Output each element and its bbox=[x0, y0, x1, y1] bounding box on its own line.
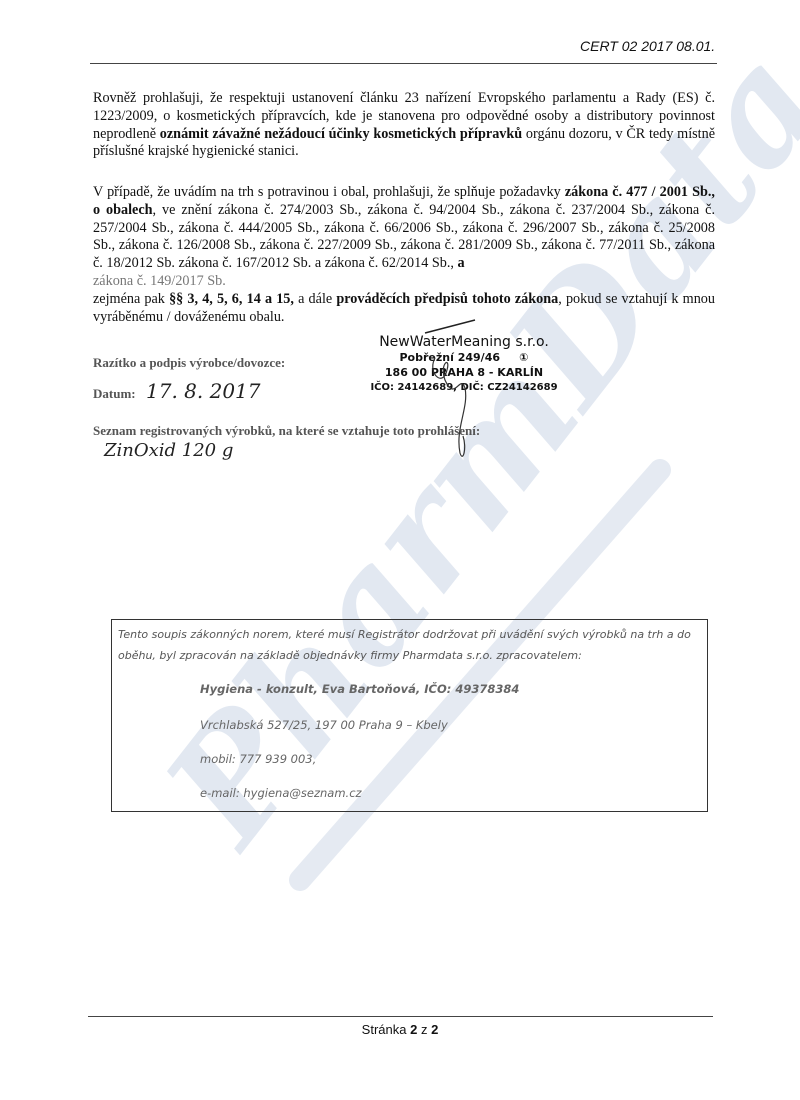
p2-and: a bbox=[454, 255, 465, 271]
stamp-label: Razítko a podpis výrobce/dovozce: bbox=[93, 355, 285, 371]
p2-intro: V případě, že uvádím na trh s potravinou… bbox=[93, 184, 565, 200]
p2-regulations-intro: a dále bbox=[294, 291, 336, 307]
note-address: Vrchlabská 527/25, 197 00 Praha 9 – Kbel… bbox=[200, 718, 448, 732]
p2-amendments: , ve znění zákona č. 274/2003 Sb., zákon… bbox=[93, 202, 715, 271]
page-number: Stránka 2 z 2 bbox=[0, 1022, 800, 1037]
date-value: 17. 8. 2017 bbox=[146, 379, 261, 403]
page-word: Stránka bbox=[362, 1022, 407, 1037]
signature-scribble bbox=[405, 318, 495, 468]
p2-regulations: prováděcích předpisů tohoto zákona bbox=[336, 291, 558, 307]
p2-sections: §§ 3, 4, 5, 6, 14 a 15, bbox=[169, 291, 294, 307]
document-code: CERT 02 2017 08.01. bbox=[580, 38, 715, 54]
note-processor: Hygiena - konzult, Eva Bartoňová, IČO: 4… bbox=[200, 682, 519, 696]
current-page: 2 bbox=[410, 1022, 417, 1037]
p2-sections-intro: zejména pak bbox=[93, 291, 169, 307]
p1-bold: oznámit závažné nežádoucí účinky kosmeti… bbox=[160, 126, 522, 142]
note-email: e-mail: hygiena@seznam.cz bbox=[200, 786, 362, 800]
of-word: z bbox=[421, 1022, 428, 1037]
products-label: Seznam registrovaných výrobků, na které … bbox=[93, 423, 480, 439]
p2-last-amendment: zákona č. 149/2017 Sb. bbox=[93, 273, 226, 289]
note-phone: mobil: 777 939 003, bbox=[200, 752, 316, 766]
processor-note-box: Tento soupis zákonných norem, které musí… bbox=[111, 619, 708, 812]
date-label: Datum: bbox=[93, 386, 136, 402]
note-intro: Tento soupis zákonných norem, které musí… bbox=[118, 624, 701, 666]
cosmetics-regulation-paragraph: Rovněž prohlašuji, že respektuji ustanov… bbox=[93, 90, 715, 161]
stamp-number: ① bbox=[519, 351, 528, 364]
products-value: ZinOxid 120 g bbox=[104, 440, 233, 461]
footer-divider bbox=[88, 1016, 713, 1017]
total-pages: 2 bbox=[431, 1022, 438, 1037]
packaging-law-paragraph: V případě, že uvádím na trh s potravinou… bbox=[93, 184, 715, 326]
header-divider bbox=[90, 63, 717, 64]
pharmdata-watermark: PharmData s.r.o. bbox=[0, 0, 800, 1100]
